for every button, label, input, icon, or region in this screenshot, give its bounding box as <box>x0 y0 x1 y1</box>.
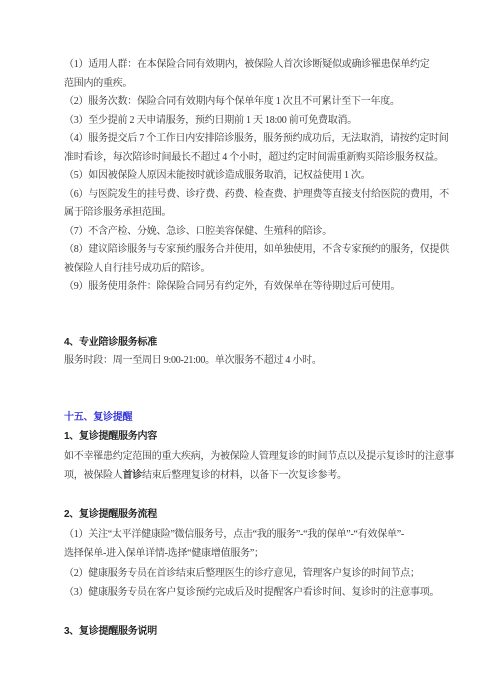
text-segment: （4）服务提交后 7 个工作日内安排陪诊服务，服务预约成功后，无法取消，请按约定… <box>64 133 449 144</box>
text-segment: 结束后整理复诊的材料，以备下一次复诊参考。 <box>142 470 347 481</box>
document-body: （1）适用人群：在本保险合同有效期内，被保险人首次诊断疑似或确诊罹患保单约定范围… <box>0 0 495 642</box>
document-page: （1）适用人群：在本保险合同有效期内，被保险人首次诊断疑似或确诊罹患保单约定范围… <box>0 0 495 700</box>
text-segment: 如不幸罹患约定范围的重大疾病，为被保险人管理复诊的时间节点以及提示复诊时的注意事 <box>64 451 454 462</box>
text-line: （3）健康服务专员在客户复诊预约完成后及时提醒客户看诊时间、复诊时的注意事项。 <box>64 583 437 603</box>
text-segment: （7）不含产检、分娩、急诊、口腔美容保健、生殖科的陪诊。 <box>64 226 332 237</box>
heading: 4、专业陪诊服务标准 <box>64 334 437 353</box>
text-line: 范围内的重疾。 <box>64 75 437 94</box>
text-line: （8）建议陪诊服务与专家预约服务合并使用，如单独使用，不含专家预约的服务，仅提供 <box>64 241 437 260</box>
section-accompany-terms: （1）适用人群：在本保险合同有效期内，被保险人首次诊断疑似或确诊罹患保单约定范围… <box>64 56 437 408</box>
text-segment: （6）与医院发生的挂号费、诊疗费、药费、检查费、护理费等直接支付给医院的费用，不 <box>64 189 449 200</box>
text-segment: 服务时段：周一至周日 9:00-21:00。单次服务不超过 4 小时。 <box>64 355 322 366</box>
text-line: 4、专业陪诊服务标准 <box>64 334 437 353</box>
text-segment: （3）至少提前 2 天申请服务，预约日期前 1 天 18:00 前可免费取消。 <box>64 115 357 126</box>
paragraph: （2）健康服务专员在首诊结束后整理医生的诊疗意见，管理客户复诊的时间节点； <box>64 564 437 584</box>
text-segment: 被保险人自行挂号成功后的陪诊。 <box>64 263 210 274</box>
heading: 2、复诊提醒服务流程 <box>64 505 437 525</box>
paragraph: （7）不含产检、分娩、急诊、口腔美容保健、生殖科的陪诊。 <box>64 223 437 242</box>
text-line: 2、复诊提醒服务流程 <box>64 505 437 525</box>
paragraph: （6）与医院发生的挂号费、诊疗费、药费、检查费、护理费等直接支付给医院的费用，不… <box>64 186 437 223</box>
paragraph: （2）服务次数：保险合同有效期内每个保单年度 1 次且不可累计至下一年度。 <box>64 93 437 112</box>
text-line: （9）服务使用条件：除保险合同另有约定外，有效保单在等待期过后可使用。 <box>64 278 437 297</box>
text-segment: 项，被保险人 <box>64 470 123 481</box>
paragraph: （4）服务提交后 7 个工作日内安排陪诊服务，服务预约成功后，无法取消，请按约定… <box>64 130 437 167</box>
text-line: 3、复诊提醒服务说明 <box>64 622 437 642</box>
section-heading-blue: 十五、复诊提醒 <box>64 408 437 428</box>
text-segment: （1）适用人群：在本保险合同有效期内，被保险人首次诊断疑似或确诊罹患保单约定 <box>64 59 430 70</box>
empty-line <box>64 315 437 334</box>
text-segment: 十五、复诊提醒 <box>64 412 132 423</box>
paragraph: （3）至少提前 2 天申请服务，预约日期前 1 天 18:00 前可免费取消。 <box>64 112 437 131</box>
empty-line <box>64 389 437 408</box>
paragraph: （5）如因被保险人原因未能按时就诊造成服务取消，记权益使用 1 次。 <box>64 167 437 186</box>
text-segment: 4、专业陪诊服务标准 <box>64 337 157 348</box>
text-line: 1、复诊提醒服务内容 <box>64 427 437 447</box>
text-segment: （2）服务次数：保险合同有效期内每个保单年度 1 次且不可累计至下一年度。 <box>64 96 400 107</box>
text-line: 项，被保险人首诊结束后整理复诊的材料，以备下一次复诊参考。 <box>64 466 437 486</box>
text-segment: （9）服务使用条件：除保险合同另有约定外，有效保单在等待期过后可使用。 <box>64 281 400 292</box>
section-revisit-reminder: 十五、复诊提醒1、复诊提醒服务内容如不幸罹患约定范围的重大疾病，为被保险人管理复… <box>64 408 437 642</box>
text-segment: 准时看诊，每次陪诊时间最长不超过 4 个小时，超过约定时间需重新购买陪诊服务权益… <box>64 152 444 163</box>
text-line: （4）服务提交后 7 个工作日内安排陪诊服务，服务预约成功后，无法取消，请按约定… <box>64 130 437 149</box>
text-segment: （5）如因被保险人原因未能按时就诊造成服务取消，记权益使用 1 次。 <box>64 170 371 181</box>
text-line: （2）服务次数：保险合同有效期内每个保单年度 1 次且不可累计至下一年度。 <box>64 93 437 112</box>
text-line: （1）关注“太平洋健康险”微信服务号，点击“我的服务”-“我的保单”-“有效保单… <box>64 525 437 545</box>
text-line: （3）至少提前 2 天申请服务，预约日期前 1 天 18:00 前可免费取消。 <box>64 112 437 131</box>
text-line: 选择保单-进入保单详情-选择“健康增值服务”； <box>64 544 437 564</box>
text-segment: （3）健康服务专员在客户复诊预约完成后及时提醒客户看诊时间、复诊时的注意事项。 <box>64 587 439 598</box>
text-line: 服务时段：周一至周日 9:00-21:00。单次服务不超过 4 小时。 <box>64 352 437 371</box>
empty-line <box>64 486 437 506</box>
text-line: 准时看诊，每次陪诊时间最长不超过 4 个小时，超过约定时间需重新购买陪诊服务权益… <box>64 149 437 168</box>
text-segment: （1）关注“太平洋健康险”微信服务号，点击“我的服务”-“我的保单”-“有效保单… <box>64 529 404 540</box>
text-segment: 1、复诊提醒服务内容 <box>64 431 157 442</box>
empty-line <box>64 371 437 390</box>
text-segment: 范围内的重疾。 <box>64 78 132 89</box>
text-line: （6）与医院发生的挂号费、诊疗费、药费、检查费、护理费等直接支付给医院的费用，不 <box>64 186 437 205</box>
heading: 3、复诊提醒服务说明 <box>64 622 437 642</box>
text-line: （2）健康服务专员在首诊结束后整理医生的诊疗意见，管理客户复诊的时间节点； <box>64 564 437 584</box>
paragraph: （1）适用人群：在本保险合同有效期内，被保险人首次诊断疑似或确诊罹患保单约定范围… <box>64 56 437 93</box>
text-segment: （8）建议陪诊服务与专家预约服务合并使用，如单独使用，不含专家预约的服务，仅提供 <box>64 244 449 255</box>
text-segment: 选择保单-进入保单详情-选择“健康增值服务”； <box>64 548 264 559</box>
empty-line <box>64 603 437 623</box>
paragraph: 服务时段：周一至周日 9:00-21:00。单次服务不超过 4 小时。 <box>64 352 437 371</box>
text-segment: （2）健康服务专员在首诊结束后整理医生的诊疗意见，管理客户复诊的时间节点； <box>64 568 420 579</box>
text-segment: 3、复诊提醒服务说明 <box>64 626 157 637</box>
heading: 1、复诊提醒服务内容 <box>64 427 437 447</box>
paragraph: （3）健康服务专员在客户复诊预约完成后及时提醒客户看诊时间、复诊时的注意事项。 <box>64 583 437 603</box>
paragraph: （9）服务使用条件：除保险合同另有约定外，有效保单在等待期过后可使用。 <box>64 278 437 297</box>
empty-line <box>64 297 437 316</box>
text-line: （1）适用人群：在本保险合同有效期内，被保险人首次诊断疑似或确诊罹患保单约定 <box>64 56 437 75</box>
text-line: （7）不含产检、分娩、急诊、口腔美容保健、生殖科的陪诊。 <box>64 223 437 242</box>
paragraph: （1）关注“太平洋健康险”微信服务号，点击“我的服务”-“我的保单”-“有效保单… <box>64 525 437 564</box>
text-line: 如不幸罹患约定范围的重大疾病，为被保险人管理复诊的时间节点以及提示复诊时的注意事 <box>64 447 437 467</box>
bold-text: 首诊 <box>123 470 143 481</box>
paragraph: （8）建议陪诊服务与专家预约服务合并使用，如单独使用，不含专家预约的服务，仅提供… <box>64 241 437 278</box>
text-segment: 属于陪诊服务承担范围。 <box>64 207 171 218</box>
text-line: （5）如因被保险人原因未能按时就诊造成服务取消，记权益使用 1 次。 <box>64 167 437 186</box>
text-line: 十五、复诊提醒 <box>64 408 437 428</box>
paragraph: 如不幸罹患约定范围的重大疾病，为被保险人管理复诊的时间节点以及提示复诊时的注意事… <box>64 447 437 486</box>
text-segment: 2、复诊提醒服务流程 <box>64 509 157 520</box>
text-line: 被保险人自行挂号成功后的陪诊。 <box>64 260 437 279</box>
text-line: 属于陪诊服务承担范围。 <box>64 204 437 223</box>
